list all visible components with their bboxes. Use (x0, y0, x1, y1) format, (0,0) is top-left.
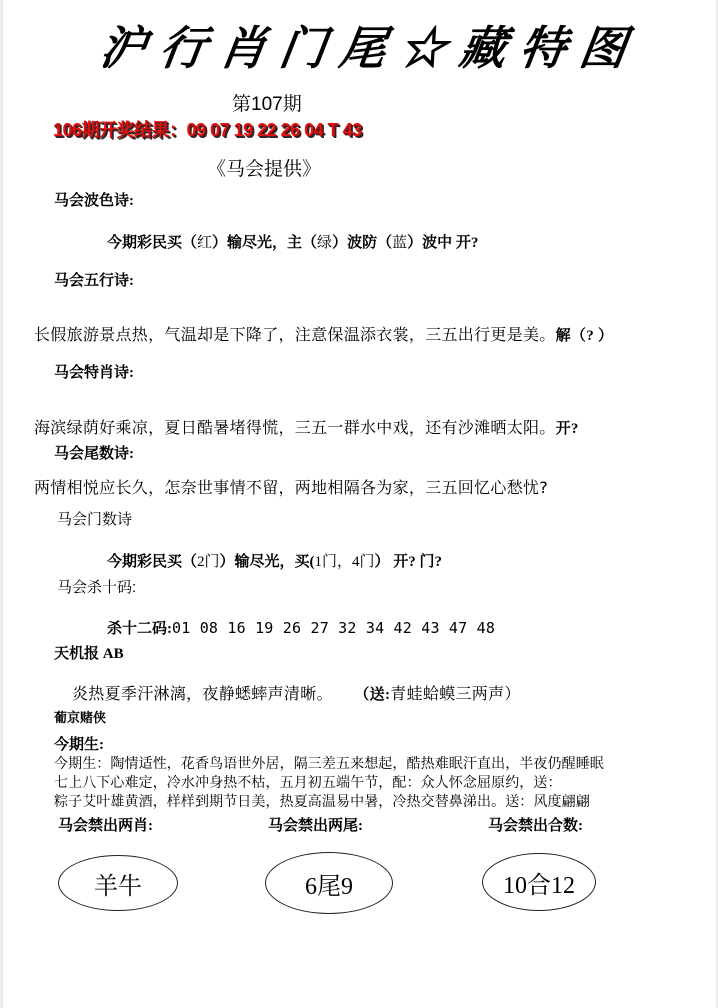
kill-ten-label: 马会杀十码: (57, 578, 136, 598)
this-period-line-2: 七上八下心难定，冷水冲身热不枯，五月初五端午节，配：众人怀念屈原约，送： (54, 774, 562, 792)
gambler-label: 葡京赌侠 (54, 708, 106, 728)
gate-line-mid: ）输尽光，买( (220, 554, 315, 570)
wave-green: 绿 (317, 235, 332, 251)
gate-one: 2门 (197, 554, 220, 570)
wave-line-post: ）波中 开? (407, 235, 478, 251)
tianji-send-value: 青蛙蛤蟆三两声） (390, 684, 520, 703)
gate-two: 1门，4门 (315, 554, 375, 570)
forbidden-zodiac-value: 羊牛 (94, 866, 142, 901)
special-zodiac-poem: 海滨绿荫好乘凉，夏日酷暑堵得慌，三五一群水中戏，还有沙滩晒太阳。开? (34, 418, 579, 439)
wave-color-label: 马会波色诗: (54, 191, 134, 211)
special-zodiac-text: 海滨绿荫好乘凉，夏日酷暑堵得慌，三五一群水中戏，还有沙滩晒太阳。 (34, 418, 556, 437)
kill-twelve-line: 杀十二码:01 08 16 19 26 27 32 34 42 43 47 48 (107, 618, 495, 639)
wave-blue: 蓝 (392, 235, 407, 251)
tail-number-poem: 两情相悦应长久，怎奈世事情不留，两地相隔各为家，三五回忆心愁忧? (34, 478, 548, 498)
special-zodiac-suffix: 开? (556, 421, 579, 437)
five-elements-label: 马会五行诗: (54, 271, 134, 291)
forbidden-zodiac-label: 马会禁出两肖: (58, 816, 153, 836)
page-title: 沪行肖门尾☆藏特图 (96, 18, 644, 78)
left-border (0, 0, 3, 1008)
tianji-poem-line: 炎热夏季汗淋漓，夜静蟋蟀声清晰。 （送:青蛙蛤蟆三两声） (72, 684, 521, 705)
forbidden-zodiac-oval: 羊牛 (58, 855, 178, 911)
kill-twelve-numbers: 01 08 16 19 26 27 32 34 42 43 47 48 (172, 619, 495, 637)
this-period-line-1: 今期生：陶情适性，花香鸟语世外居，隔三差五来想起，酷热难眠汗直出，半夜仍醒睡眠 (54, 755, 604, 773)
five-elements-text: 长假旅游景点热，气温却是下降了，注意保温添衣裳，三五出行更是美。 (34, 325, 556, 344)
gate-line-post: ） 开? 门? (375, 554, 443, 570)
tail-number-label: 马会尾数诗: (54, 444, 134, 464)
gate-line-pre: 今期彩民买（ (107, 554, 197, 570)
previous-result: 106期开奖结果：09 07 19 22 26 04 T 43 (53, 119, 362, 141)
forbidden-sum-label: 马会禁出合数: (488, 816, 583, 836)
wave-line-pre: 今期彩民买（ (107, 235, 197, 251)
this-period-line-3: 粽子艾叶雄黄酒，样样到期节日美，热夏高温易中暑，冷热交替鼻涕出。送：风度翩翩 (54, 793, 590, 811)
tianji-poem: 炎热夏季汗淋漓，夜静蟋蟀声清晰。 (72, 684, 333, 703)
forbidden-tail-label: 马会禁出两尾: (268, 816, 363, 836)
forbidden-tail-oval: 6尾9 (265, 852, 393, 914)
five-elements-poem: 长假旅游景点热，气温却是下降了，注意保温添衣裳，三五出行更是美。解（? ） (34, 325, 613, 346)
wave-line-mid2: ）波防（ (332, 235, 392, 251)
gate-number-line: 今期彩民买（2门）输尽光，买(1门，4门） 开? 门? (107, 552, 442, 572)
forbidden-sum-oval: 10合12 (482, 853, 596, 911)
wave-color-line: 今期彩民买（红）输尽光，主（绿）波防（蓝）波中 开? (107, 233, 478, 253)
kill-twelve-label: 杀十二码: (107, 621, 172, 637)
wave-line-mid1: ）输尽光，主（ (212, 235, 317, 251)
this-period-label: 今期生: (54, 735, 104, 755)
provider-note: 《马会提供》 (207, 158, 321, 182)
gate-number-label: 马会门数诗 (57, 510, 132, 530)
forbidden-sum-value: 10合12 (503, 865, 575, 900)
forbidden-tail-value: 6尾9 (305, 866, 353, 901)
issue-number: 第107期 (232, 94, 302, 116)
five-elements-suffix: 解（? ） (556, 328, 614, 344)
tianji-send-label: （送: (354, 687, 390, 703)
wave-red: 红 (197, 235, 212, 251)
tianji-label: 天机报 AB (54, 644, 124, 664)
special-zodiac-label: 马会特肖诗: (54, 363, 134, 383)
